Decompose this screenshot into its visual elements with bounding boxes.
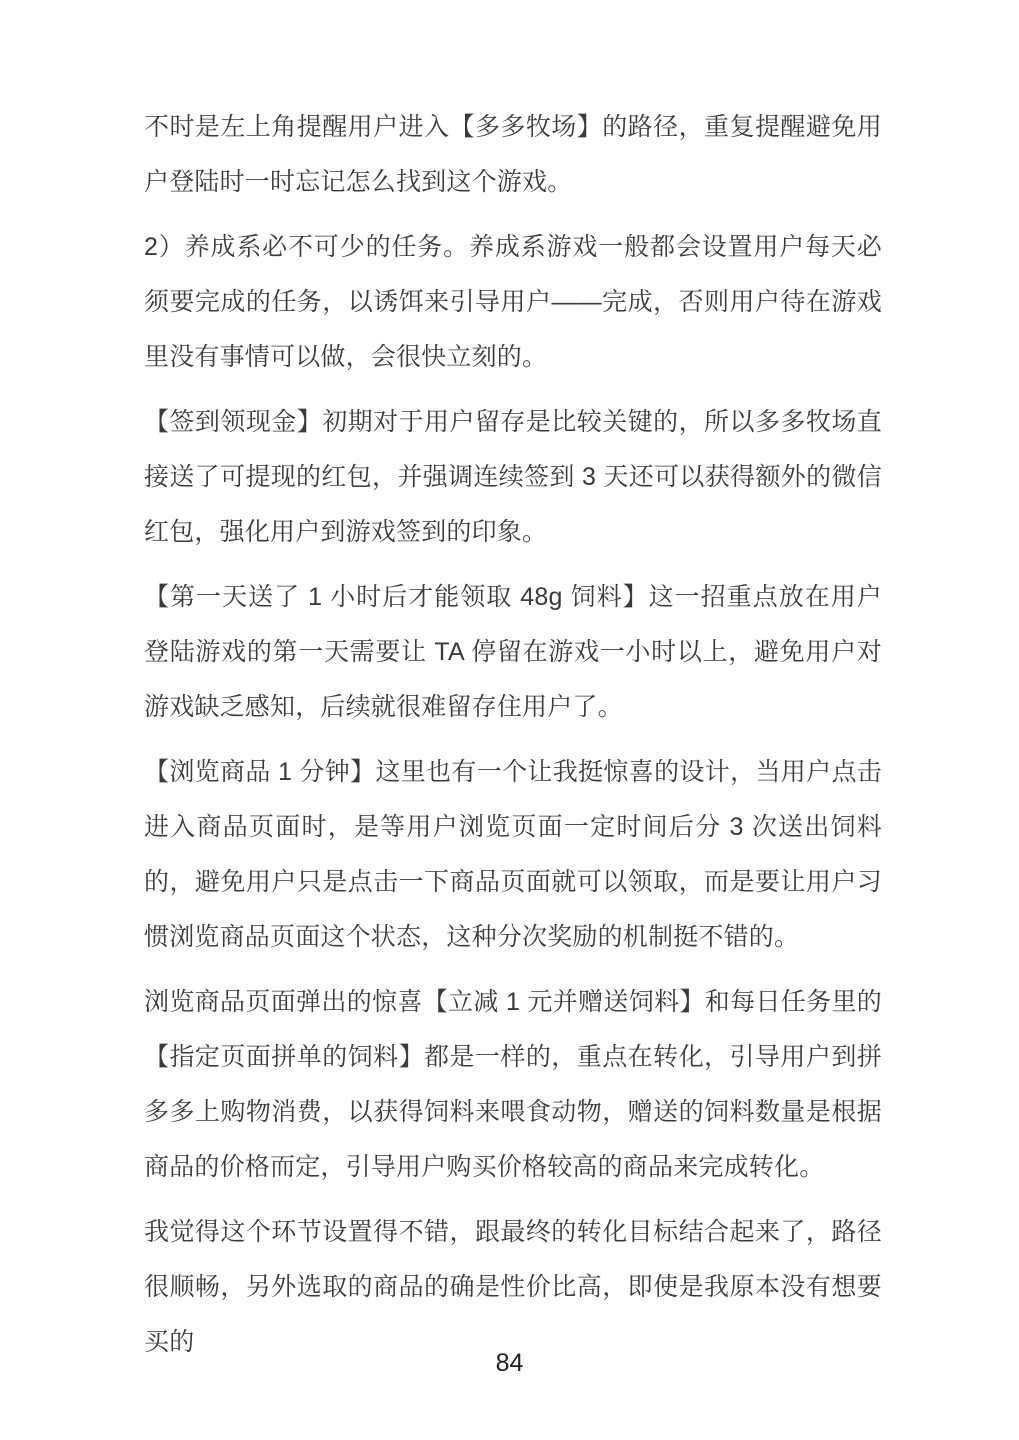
paragraph-signin-cash: 【签到领现金】初期对于用户留存是比较关键的，所以多多牧场直接送了可提现的红包，并… [144, 395, 882, 560]
paragraph-discount-feed-conversion: 浏览商品页面弹出的惊喜【立减 1 元并赠送饲料】和每日任务里的【指定页面拼单的饲… [144, 975, 882, 1195]
paragraph-browse-one-minute: 【浏览商品 1 分钟】这里也有一个让我挺惊喜的设计，当用户点击进入商品页面时，是… [144, 745, 882, 965]
paragraph-daily-tasks: 2）养成系必不可少的任务。养成系游戏一般都会设置用户每天必须要完成的任务，以诱饵… [144, 220, 882, 385]
text-block: 不时是左上角提醒用户进入【多多牧场】的路径，重复提醒避免用户登陆时一时忘记怎么找… [144, 100, 882, 1380]
paragraph-ranch-path-reminder: 不时是左上角提醒用户进入【多多牧场】的路径，重复提醒避免用户登陆时一时忘记怎么找… [144, 100, 882, 210]
paragraph-author-comment: 我觉得这个环节设置得不错，跟最终的转化目标结合起来了，路径很顺畅，另外选取的商品… [144, 1205, 882, 1370]
document-page: 不时是左上角提醒用户进入【多多牧场】的路径，重复提醒避免用户登陆时一时忘记怎么找… [0, 0, 1019, 1440]
paragraph-first-day-feed: 【第一天送了 1 小时后才能领取 48g 饲料】这一招重点放在用户登陆游戏的第一… [144, 570, 882, 735]
page-number: 84 [0, 1348, 1019, 1378]
